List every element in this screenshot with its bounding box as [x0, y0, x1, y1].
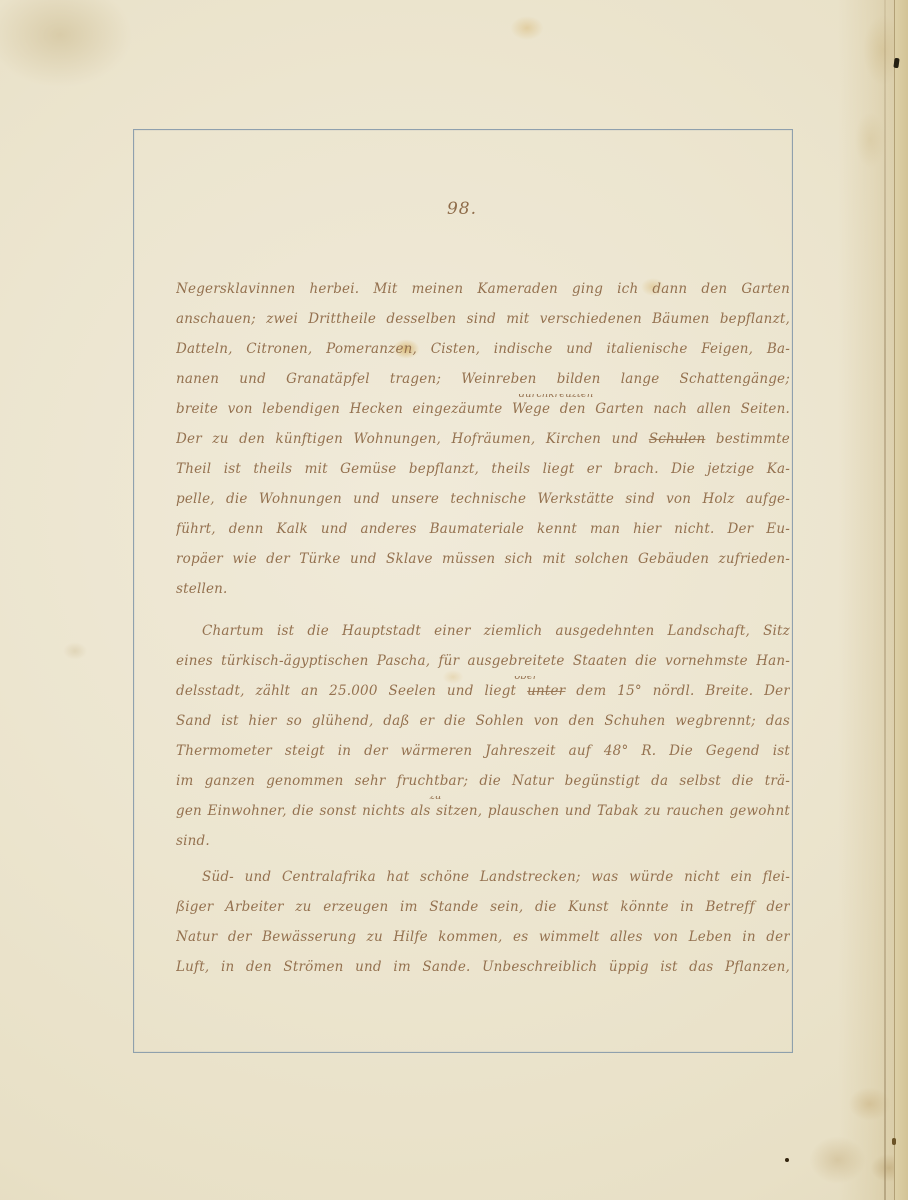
- manuscript-line: Datteln, Citronen, Pomeranzen, Cisten, i…: [176, 334, 790, 364]
- manuscript-line: Luft, in den Strömen und im Sande. Unbes…: [176, 952, 790, 982]
- manuscript-line: führt, denn Kalk und anderes Baumaterial…: [176, 514, 790, 544]
- line-text: delsstadt, zählt an 25.000 Seelen und li…: [176, 683, 527, 699]
- manuscript-text-block: Negersklavinnen herbei. Mit meinen Kamer…: [176, 274, 790, 982]
- interlinear-replacement-word: ober: [514, 676, 537, 682]
- page-number: 98.: [133, 199, 791, 219]
- interlinear-inserted-word: durchkreuzten: [519, 394, 594, 400]
- line-text: Der zu den künftigen Wohnungen, Hofräume…: [176, 431, 649, 447]
- paragraph: Chartum ist die Hauptstadt einer ziemlic…: [176, 616, 790, 856]
- line-text: sitzen, plauschen und Tabak zu rauchen g…: [436, 803, 790, 819]
- manuscript-line: pelle, die Wohnungen und unsere technisc…: [176, 484, 790, 514]
- paragraph: Süd- und Centralafrika hat schöne Landst…: [176, 862, 790, 982]
- manuscript-line: eines türkisch-ägyptischen Pascha, für a…: [176, 646, 790, 676]
- manuscript-line: im ganzen genommen sehr fruchtbar; die N…: [176, 766, 790, 796]
- line-text: breite von lebendigen Hecken eingezäumte…: [176, 401, 560, 417]
- manuscript-line-with-insertion: breite von lebendigen Hecken eingezäumte…: [176, 394, 790, 424]
- interlinear-inserted-word: zu: [430, 796, 442, 802]
- manuscript-line: sind.: [176, 826, 790, 856]
- manuscript-line: Süd- und Centralafrika hat schöne Landst…: [176, 862, 790, 892]
- ink-speck: [785, 1158, 789, 1162]
- stain-spot: [0, 0, 150, 100]
- manuscript-line: Natur der Bewässerung zu Hilfe kommen, e…: [176, 922, 790, 952]
- stain-spot: [505, 12, 549, 44]
- paragraph: Negersklavinnen herbei. Mit meinen Kamer…: [176, 274, 790, 604]
- manuscript-line-with-strikethrough: Der zu den künftigen Wohnungen, Hofräume…: [176, 424, 790, 454]
- manuscript-line: Chartum ist die Hauptstadt einer ziemlic…: [176, 616, 790, 646]
- foxing-patch: [780, 1040, 908, 1200]
- line-text: bestimmte: [705, 431, 790, 447]
- page-edge-strip: [894, 0, 908, 1200]
- manuscript-line: Sand ist hier so glühend, daß er die Soh…: [176, 706, 790, 736]
- manuscript-line: Negersklavinnen herbei. Mit meinen Kamer…: [176, 274, 790, 304]
- manuscript-line: anschauen; zwei Drittheile desselben sin…: [176, 304, 790, 334]
- manuscript-line: nanen und Granatäpfel tragen; Weinreben …: [176, 364, 790, 394]
- manuscript-line: stellen.: [176, 574, 790, 604]
- line-text: gen Einwohner, die sonst nichts als: [176, 803, 436, 819]
- ink-speck: [892, 1138, 896, 1145]
- stain-spot: [60, 640, 90, 662]
- manuscript-line: ßiger Arbeiter zu erzeugen im Stande sei…: [176, 892, 790, 922]
- page-crease: [884, 0, 886, 1200]
- manuscript-line-with-correction: delsstadt, zählt an 25.000 Seelen und li…: [176, 676, 790, 706]
- line-text: den Garten nach allen Seiten.: [560, 401, 790, 417]
- struck-word: Schulen: [649, 431, 706, 447]
- manuscript-line: ropäer wie der Türke und Sklave müssen s…: [176, 544, 790, 574]
- manuscript-line: Theil ist theils mit Gemüse bepflanzt, t…: [176, 454, 790, 484]
- manuscript-line-with-insertion: gen Einwohner, die sonst nichts als zusi…: [176, 796, 790, 826]
- line-text: dem 15° nördl. Breite. Der: [565, 683, 790, 699]
- manuscript-line: Thermometer steigt in der wärmeren Jahre…: [176, 736, 790, 766]
- struck-word: unter: [527, 683, 565, 699]
